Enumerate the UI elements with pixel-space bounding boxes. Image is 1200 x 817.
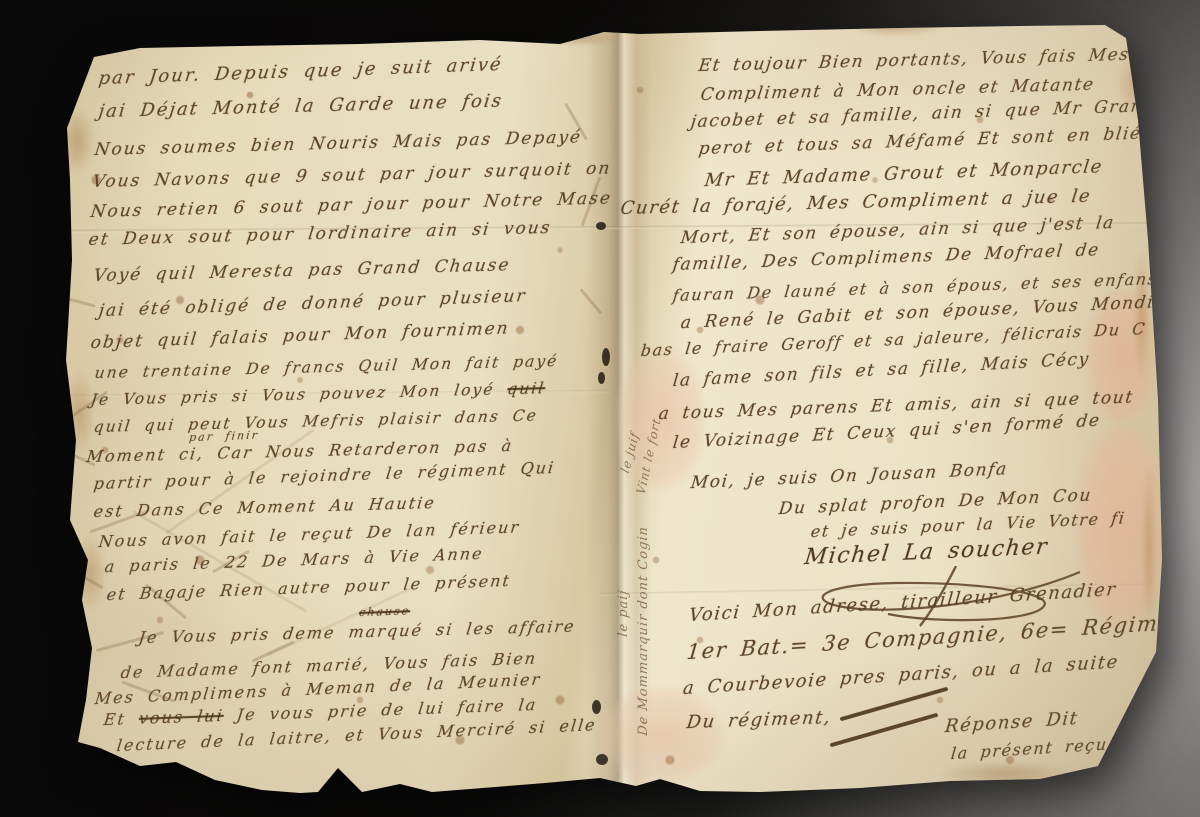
- handwritten-line: Je Vous pris deme marqué si les affaire: [137, 617, 576, 648]
- handwritten-line: objet quil falais pour Mon fournimen: [90, 318, 511, 353]
- line-text: la présent reçu: [950, 734, 1109, 763]
- fold-annotation: De Mommarquir dont Cogin: [636, 525, 651, 736]
- line-text: Nous retien 6 sout par jour pour Notre M…: [89, 188, 613, 222]
- paraph-slashes: [828, 692, 958, 756]
- line-text: Moi, je suis On Jousan Bonfa: [690, 459, 1009, 493]
- line-text: et Bagaje Rien autre pour le présent: [106, 571, 513, 604]
- ink-bleed-mark: [60, 295, 96, 307]
- stain: [598, 688, 723, 783]
- handwritten-line: par Jour. Depuis que je suit arivé: [97, 54, 503, 89]
- letter-paper: par Jour. Depuis que je suit arivé jai D…: [0, 0, 1200, 817]
- handwritten-line: Curét la forajé, Mes Compliment a jue le: [619, 186, 1092, 219]
- stain: [848, 14, 943, 36]
- line-text: Mr Et Madame Grout et Monparcle: [703, 156, 1104, 191]
- line-text: Du régiment,: [685, 707, 832, 733]
- handwritten-line: et Bagaje Rien autre pour le présent: [106, 571, 513, 604]
- line-text: Nous soumes bien Nouris Mais pas Depayé: [93, 127, 583, 160]
- line-text: Réponse Dit: [944, 708, 1080, 737]
- inserted-word: par finir: [188, 429, 259, 445]
- line-text: par finir: [188, 429, 259, 445]
- fold-mark: [596, 222, 606, 230]
- line-text: par Jour. Depuis que je suit arivé: [97, 54, 503, 89]
- struck-word: quil: [506, 379, 546, 398]
- handwritten-line: Je Vous pris si Vous pouvez Mon loyé qui…: [90, 379, 547, 409]
- handwritten-line: une trentaine De francs Quil Mon fait pa…: [94, 352, 560, 382]
- line-text: jai Déjat Monté la Garde une fois: [97, 90, 504, 122]
- handwritten-line: Et toujour Bien portants, Vous fais Mes: [697, 45, 1131, 76]
- letter-sheet: par Jour. Depuis que je suit arivé jai D…: [0, 0, 1200, 817]
- handwritten-line: jai Déjat Monté la Garde une fois: [97, 90, 504, 122]
- struck-word: chause: [358, 604, 411, 619]
- reply-note-line: Réponse Dit: [944, 708, 1080, 737]
- line-text: Je Vous pris deme marqué si les affaire: [137, 617, 576, 648]
- handwritten-line: Nous soumes bien Nouris Mais pas Depayé: [93, 127, 583, 160]
- handwritten-line: quil qui peut Vous Mefris plaisir dans C…: [93, 406, 539, 436]
- stain: [60, 108, 94, 174]
- line-text: Voyé quil Meresta pas Grand Chause: [92, 255, 511, 286]
- handwritten-line: Voyé quil Meresta pas Grand Chause: [92, 255, 511, 286]
- handwritten-line: Mr Et Madame Grout et Monparcle: [703, 156, 1104, 191]
- fold-mark: [598, 372, 605, 384]
- line-text: jai été obligé de donné pour plusieur: [98, 286, 528, 321]
- line-text: Et: [103, 709, 127, 729]
- line-text: Et toujour Bien portants, Vous fais Mes: [697, 45, 1131, 76]
- line-text: Curét la forajé, Mes Compliment a jue le: [619, 186, 1092, 219]
- fold-mark: [602, 348, 610, 366]
- line-text: le paij: [616, 589, 631, 638]
- fold-mark: [592, 700, 601, 714]
- struck-word: vous lui: [138, 706, 225, 728]
- handwritten-line: et Deux sout pour lordinaire ain si vous: [87, 218, 552, 250]
- line-text: De Mommarquir dont Cogin: [636, 525, 651, 736]
- reply-note-line: la présent reçu: [950, 734, 1109, 763]
- stain: [66, 370, 94, 456]
- line-text: et Deux sout pour lordinaire ain si vous: [87, 218, 552, 250]
- fold-annotation: le paij: [616, 589, 631, 638]
- handwritten-line: est Dans Ce Moment Au Hautie: [92, 493, 437, 521]
- handwritten-line: Nous retien 6 sout par jour pour Notre M…: [89, 188, 613, 222]
- stain: [940, 762, 1070, 786]
- photo-backdrop: par Jour. Depuis que je suit arivé jai D…: [0, 0, 1200, 817]
- stain: [1142, 465, 1156, 630]
- line-text: une trentaine De francs Quil Mon fait pa…: [94, 352, 560, 382]
- address-line: Du régiment,: [685, 707, 832, 733]
- handwritten-line: Moi, je suis On Jousan Bonfa: [690, 459, 1009, 493]
- line-text: objet quil falais pour Mon fournimen: [90, 318, 511, 353]
- line-text: quil qui peut Vous Mefris plaisir dans C…: [93, 406, 539, 436]
- line-text: est Dans Ce Moment Au Hautie: [92, 493, 437, 521]
- handwritten-line: Vous Navons que 9 sout par jour surquoit…: [91, 158, 612, 192]
- handwritten-line: jai été obligé de donné pour plusieur: [98, 286, 528, 321]
- line-text: Je Vous pris si Vous pouvez Mon loyé: [90, 380, 496, 409]
- line-text: chause: [358, 604, 411, 619]
- line-text: Vous Navons que 9 sout par jour surquoit…: [91, 158, 612, 192]
- stain: [550, 30, 614, 46]
- fold-mark: [596, 754, 608, 765]
